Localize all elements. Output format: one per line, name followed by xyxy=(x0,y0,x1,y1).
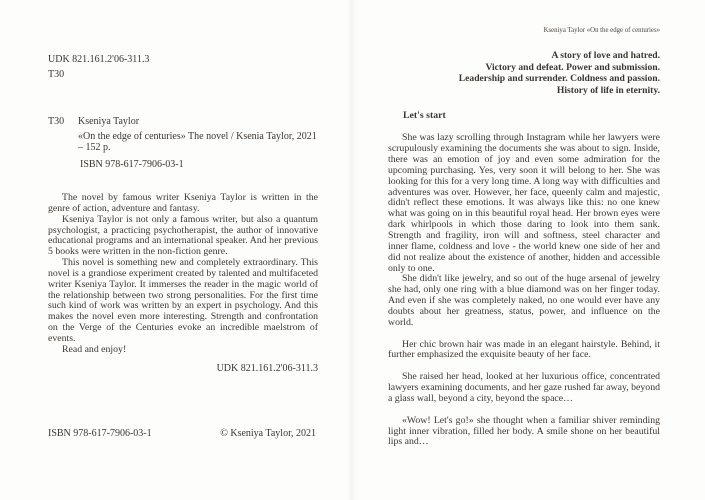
section-start-heading: Let's start xyxy=(388,110,660,121)
annotation-paragraph: This novel is something new and complete… xyxy=(48,258,318,345)
udk-block: UDK 821.161.2'06-311.3 T30 xyxy=(48,52,318,82)
epigraph-line: A story of love and hatred. xyxy=(388,50,660,62)
story-paragraph: «Wow! Let's go!» she thought when a fami… xyxy=(388,416,660,449)
copyright-notice: © Kseniya Taylor, 2021 xyxy=(220,428,316,439)
catalog-body: Kseniya Taylor «On the edge of centuries… xyxy=(78,116,318,170)
isbn-footer: ISBN 978-617-7906-03-1 xyxy=(48,428,152,439)
epigraph: A story of love and hatred.Victory and d… xyxy=(388,50,660,96)
right-page: Kseniya Taylor «On the edge of centuries… xyxy=(388,0,660,500)
catalog-entry: T30 Kseniya Taylor «On the edge of centu… xyxy=(48,116,318,170)
story-paragraph: She raised her head, looked at her luxur… xyxy=(388,372,660,405)
epigraph-line: History of life in eternity. xyxy=(388,85,660,97)
udk-number: UDK 821.161.2'06-311.3 xyxy=(48,52,318,67)
catalog-isbn: ISBN 978-617-7906-03-1 xyxy=(78,159,318,170)
story-paragraph: Her chic brown hair was made in an elega… xyxy=(388,340,660,362)
page-gutter xyxy=(347,0,359,500)
epigraph-line: Victory and defeat. Power and submission… xyxy=(388,62,660,74)
story-paragraph: She didn't like jewelry, and so out of t… xyxy=(388,274,660,328)
udk-number-bottom: UDK 821.161.2'06-311.3 xyxy=(48,363,318,374)
udk-author-code: T30 xyxy=(48,67,318,82)
epigraph-line: Leadership and surrender. Coldness and p… xyxy=(388,73,660,85)
annotation-text: The novel by famous writer Kseniya Taylo… xyxy=(48,193,318,356)
catalog-code: T30 xyxy=(48,116,78,170)
story-text: She was lazy scrolling through Instagram… xyxy=(388,133,660,448)
catalog-title-line: «On the edge of centuries» The novel / K… xyxy=(78,131,318,153)
annotation-paragraph: Read and enjoy! xyxy=(48,345,318,356)
imprint-footer: ISBN 978-617-7906-03-1 © Kseniya Taylor,… xyxy=(48,428,316,439)
annotation-paragraph: Kseniya Taylor is not only a famous writ… xyxy=(48,215,318,258)
book-spread: UDK 821.161.2'06-311.3 T30 T30 Kseniya T… xyxy=(0,0,705,500)
running-header: Kseniya Taylor «On the edge of centuries… xyxy=(388,27,660,34)
catalog-author: Kseniya Taylor xyxy=(78,116,318,127)
story-paragraph: She was lazy scrolling through Instagram… xyxy=(388,133,660,274)
annotation-paragraph: The novel by famous writer Kseniya Taylo… xyxy=(48,193,318,215)
left-page: UDK 821.161.2'06-311.3 T30 T30 Kseniya T… xyxy=(48,0,318,500)
